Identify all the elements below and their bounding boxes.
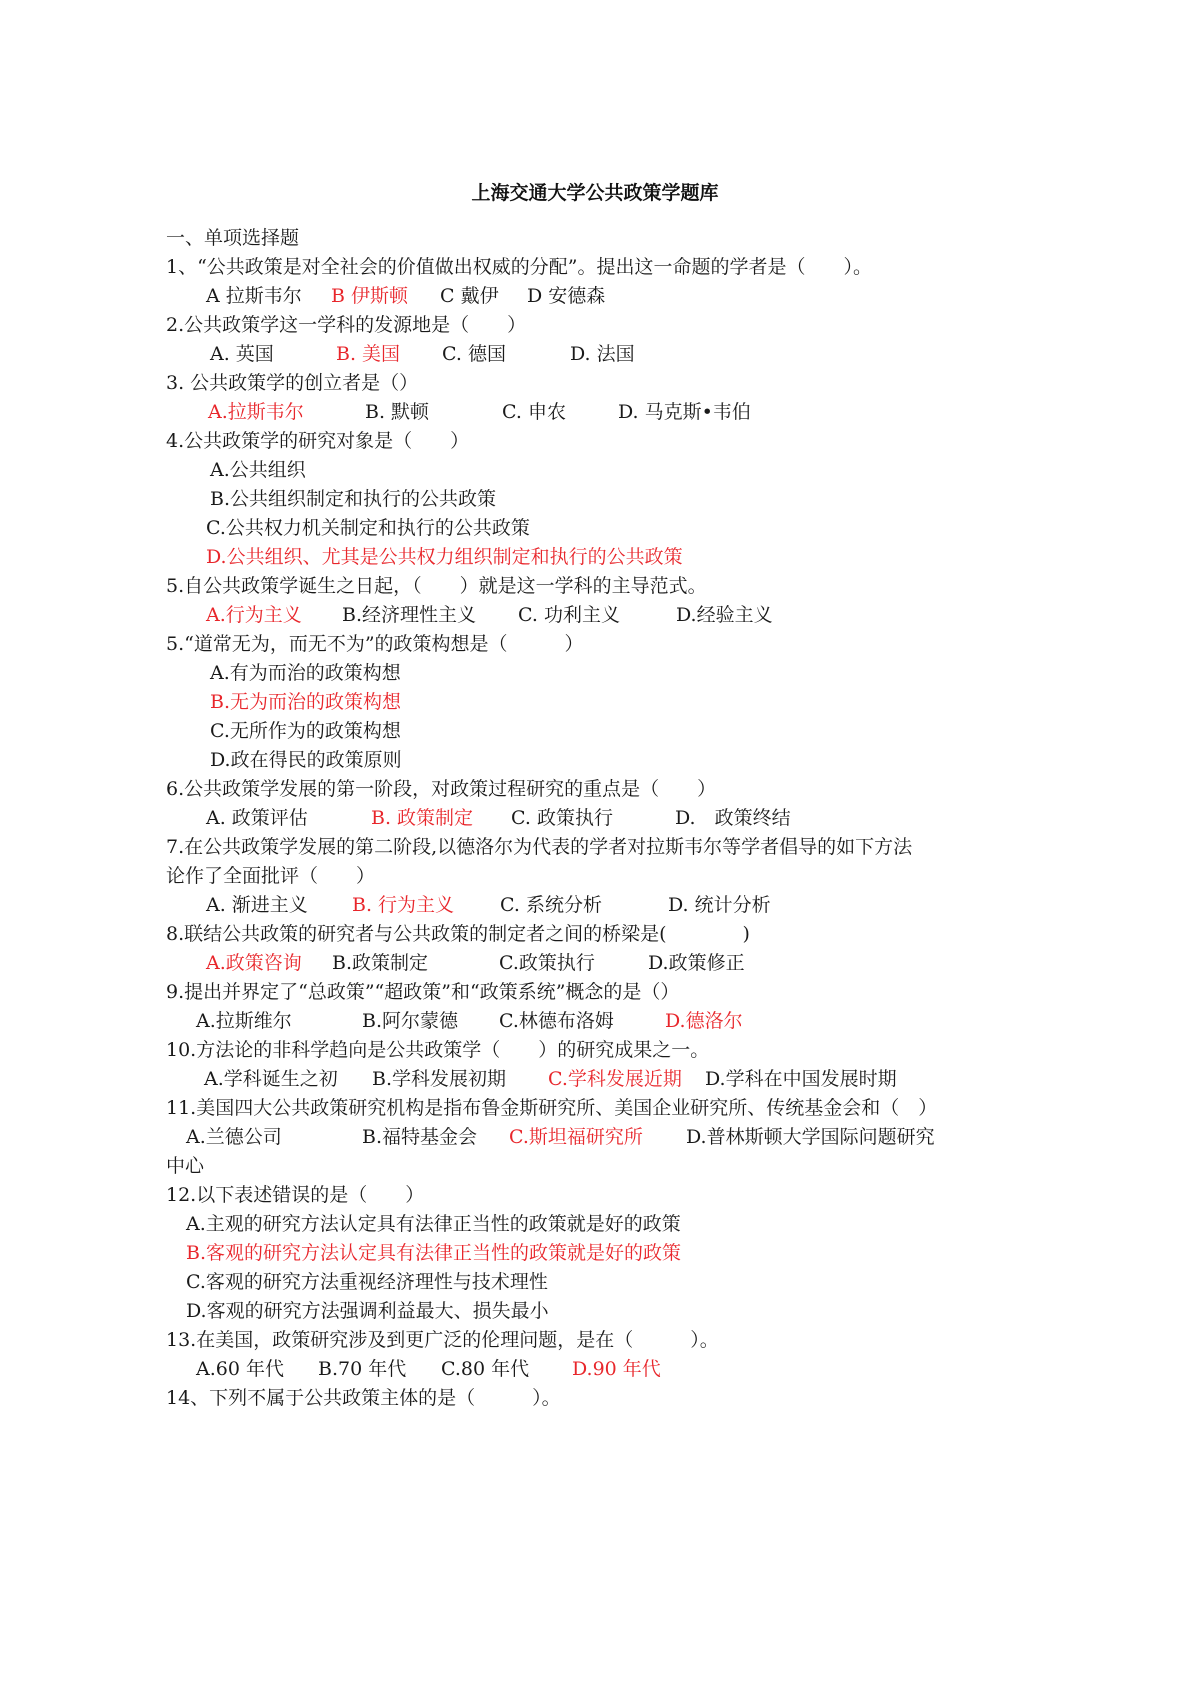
option-b-correct: B.无为而治的政策构想 (210, 690, 401, 714)
option-c: C. 政策执行 (511, 806, 613, 830)
option-c-correct: C.斯坦福研究所 (509, 1125, 643, 1149)
option-a: A.学科诞生之初 (204, 1067, 338, 1091)
question-8-stem: 8.联结公共政策的研究者与公共政策的制定者之间的桥梁是( ) (166, 922, 750, 946)
option-c: C.林德布洛姆 (499, 1009, 614, 1033)
option-c: C 戴伊 (440, 284, 499, 308)
option-a: A.有为而治的政策构想 (210, 661, 401, 685)
option-b-correct: B. 政策制定 (371, 806, 473, 830)
option-c-correct: C.学科发展近期 (548, 1067, 682, 1091)
option-c: C. 系统分析 (500, 893, 602, 917)
question-9-stem: 9.提出并界定了“总政策”“超政策”和“政策系统”概念的是（） (166, 980, 679, 1004)
question-6-stem: 6.公共政策学发展的第一阶段，对政策过程研究的重点是（ ） (166, 777, 716, 801)
option-a: A.拉斯维尔 (196, 1009, 292, 1033)
question-10-stem: 10.方法论的非科学趋向是公共政策学（ ）的研究成果之一。 (166, 1038, 709, 1062)
option-a: A. 政策评估 (206, 806, 308, 830)
question-5-stem: 5.自公共政策学诞生之日起，（ ）就是这一学科的主导范式。 (166, 574, 707, 598)
question-12-stem: 12.以下表述错误的是（ ） (166, 1183, 424, 1207)
option-d: D.普林斯顿大学国际问题研究 (686, 1125, 935, 1149)
option-a: A. 渐进主义 (206, 893, 308, 917)
option-d: D. 统计分析 (668, 893, 771, 917)
option-c: C.政策执行 (499, 951, 595, 975)
section-heading: 一、单项选择题 (166, 226, 299, 250)
option-d: D.政策修正 (648, 951, 745, 975)
option-b-correct: B 伊斯顿 (331, 284, 408, 308)
option-b: B.经济理性主义 (342, 603, 476, 627)
option-c: C.无所作为的政策构想 (210, 719, 401, 743)
option-c: C.公共权力机关制定和执行的公共政策 (206, 516, 530, 540)
option-d: D. 马克斯•韦伯 (618, 400, 751, 424)
question-4-stem: 4.公共政策学的研究对象是（ ） (166, 429, 469, 453)
question-5-options: A.行为主义 B.经济理性主义 C. 功利主义 D.经验主义 (0, 603, 1190, 627)
question-11-option-d-cont: 中心 (166, 1154, 204, 1178)
option-b: B.阿尔蒙德 (362, 1009, 458, 1033)
option-a-correct: A.政策咨询 (206, 951, 302, 975)
option-d: D.客观的研究方法强调利益最大、损失最小 (186, 1299, 549, 1323)
option-b: B. 默顿 (365, 400, 429, 424)
question-13-options: A.60 年代 B.70 年代 C.80 年代 D.90 年代 (0, 1357, 1190, 1381)
option-b: B.70 年代 (318, 1357, 406, 1381)
option-d: D. 法国 (570, 342, 635, 366)
question-7-stem-cont: 论作了全面批评（ ） (166, 864, 375, 888)
option-c: C. 功利主义 (518, 603, 620, 627)
option-b-correct: B.客观的研究方法认定具有法律正当性的政策就是好的政策 (186, 1241, 681, 1265)
option-b-correct: B. 美国 (336, 342, 400, 366)
option-c: C.客观的研究方法重视经济理性与技术理性 (186, 1270, 548, 1294)
question-2-options: A. 英国 B. 美国 C. 德国 D. 法国 (0, 342, 1190, 366)
document-title: 上海交通大学公共政策学题库 (0, 178, 1190, 205)
option-d: D. 政策终结 (675, 806, 791, 830)
option-b: B.公共组织制定和执行的公共政策 (210, 487, 496, 511)
option-d: D.经验主义 (676, 603, 773, 627)
question-14-stem: 14、下列不属于公共政策主体的是（ ）。 (166, 1386, 561, 1410)
option-d: D.政在得民的政策原则 (210, 748, 402, 772)
question-11-options: A.兰德公司 B.福特基金会 C.斯坦福研究所 D.普林斯顿大学国际问题研究 (0, 1125, 1190, 1149)
question-10-options: A.学科诞生之初 B.学科发展初期 C.学科发展近期 D.学科在中国发展时期 (0, 1067, 1190, 1091)
option-d-correct: D.公共组织、尤其是公共权力组织制定和执行的公共政策 (206, 545, 683, 569)
question-1-options: A 拉斯韦尔 B 伊斯顿 C 戴伊 D 安德森 (0, 284, 1190, 308)
question-3-stem: 3. 公共政策学的创立者是（） (166, 371, 418, 395)
option-a: A. 英国 (210, 342, 274, 366)
option-a: A 拉斯韦尔 (206, 284, 302, 308)
document-page: 上海交通大学公共政策学题库 一、单项选择题 1、“公共政策是对全社会的价值做出权… (0, 0, 1190, 1683)
option-b: B.政策制定 (332, 951, 428, 975)
question-7-options: A. 渐进主义 B. 行为主义 C. 系统分析 D. 统计分析 (0, 893, 1190, 917)
question-5b-stem: 5.“道常无为，而无不为”的政策构想是（ ） (166, 632, 584, 656)
question-13-stem: 13.在美国，政策研究涉及到更广泛的伦理问题，是在（ ）。 (166, 1328, 719, 1352)
option-c: C. 德国 (442, 342, 506, 366)
option-b: B.福特基金会 (362, 1125, 477, 1149)
question-9-options: A.拉斯维尔 B.阿尔蒙德 C.林德布洛姆 D.德洛尔 (0, 1009, 1190, 1033)
option-a-correct: A.行为主义 (206, 603, 302, 627)
option-c: C.80 年代 (441, 1357, 529, 1381)
option-c: C. 申农 (502, 400, 566, 424)
question-8-options: A.政策咨询 B.政策制定 C.政策执行 D.政策修正 (0, 951, 1190, 975)
question-6-options: A. 政策评估 B. 政策制定 C. 政策执行 D. 政策终结 (0, 806, 1190, 830)
option-a: A.主观的研究方法认定具有法律正当性的政策就是好的政策 (186, 1212, 681, 1236)
question-2-stem: 2.公共政策学这一学科的发源地是（ ） (166, 313, 526, 337)
option-d: D.学科在中国发展时期 (705, 1067, 897, 1091)
question-7-stem: 7.在公共政策学发展的第二阶段,以德洛尔为代表的学者对拉斯韦尔等学者倡导的如下方… (166, 835, 912, 859)
question-3-options: A.拉斯韦尔 B. 默顿 C. 申农 D. 马克斯•韦伯 (0, 400, 1190, 424)
option-b: B.学科发展初期 (372, 1067, 506, 1091)
option-a: A.60 年代 (196, 1357, 284, 1381)
option-d-correct: D.德洛尔 (665, 1009, 743, 1033)
option-a-correct: A.拉斯韦尔 (208, 400, 304, 424)
option-b-correct: B. 行为主义 (352, 893, 454, 917)
option-d: D 安德森 (527, 284, 605, 308)
question-1-stem: 1、“公共政策是对全社会的价值做出权威的分配”。提出这一命题的学者是（ ）。 (166, 255, 872, 279)
option-a: A.公共组织 (210, 458, 306, 482)
option-d-correct: D.90 年代 (572, 1357, 661, 1381)
question-11-stem: 11.美国四大公共政策研究机构是指布鲁金斯研究所、美国企业研究所、传统基金会和（… (166, 1096, 937, 1120)
option-a: A.兰德公司 (186, 1125, 282, 1149)
